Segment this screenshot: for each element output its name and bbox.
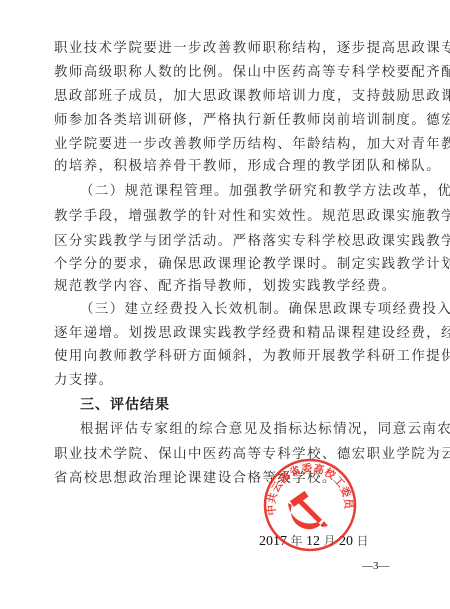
body-line: 思政部班子成员，加大思政课教师培训力度，支持鼓励思政课教: [54, 87, 398, 107]
body-line: 职业技术学院要进一步改善教师职称结构，逐步提高思政课专职: [54, 39, 398, 59]
body-line: 个学分的要求，确保思政课理论教学课时。制定实践教学计划，: [54, 255, 398, 275]
body-line: 教师高级职称人数的比例。保山中医药高等专科学校要配齐配强: [54, 63, 398, 83]
official-seal: 中共云南省委高校工委员会教育工作委员会: [262, 457, 358, 553]
body-line: 力支撑。: [54, 371, 398, 391]
body-line: 的培养，积极培养骨干教师，形成合理的教学团队和梯队。: [54, 157, 398, 177]
date-day-unit: 日: [357, 534, 369, 548]
section-three-line: （三）建立经费投入长效机制。确保思政课专项经费投入并: [80, 300, 398, 320]
body-line: 使用向教师教学科研方面倾斜，为教师开展教学科研工作提供有: [54, 347, 398, 367]
body-line: 规范教学内容、配齐指导教师，划拨实践教学经费。: [54, 277, 398, 297]
page-number: —3—: [362, 558, 390, 574]
section-heading: 三、评估结果: [80, 395, 170, 415]
body-line: 师参加各类培训研修，严格执行新任教师岗前培训制度。德宏职: [54, 111, 398, 131]
body-line: 区分实践教学与团学活动。严格落实专科学校思政课实践教学 1: [54, 232, 398, 252]
seal-icon: 中共云南省委高校工委员会教育工作委员会: [262, 457, 358, 553]
result-line: 根据评估专家组的综合意见及指标达标情况，同意云南农业: [80, 420, 398, 440]
body-line: 逐年递增。划拨思政课实践教学经费和精品课程建设经费，经费: [54, 324, 398, 344]
body-line: 教学手段，增强教学的针对性和实效性。规范思政课实施教学，: [54, 207, 398, 227]
section-two-line: （二）规范课程管理。加强教学研究和教学方法改革，优化: [80, 182, 398, 202]
body-line: 业学院要进一步改善教师学历结构、年龄结构，加大对青年教师: [54, 135, 398, 155]
hammer-sickle-icon: [288, 491, 328, 529]
